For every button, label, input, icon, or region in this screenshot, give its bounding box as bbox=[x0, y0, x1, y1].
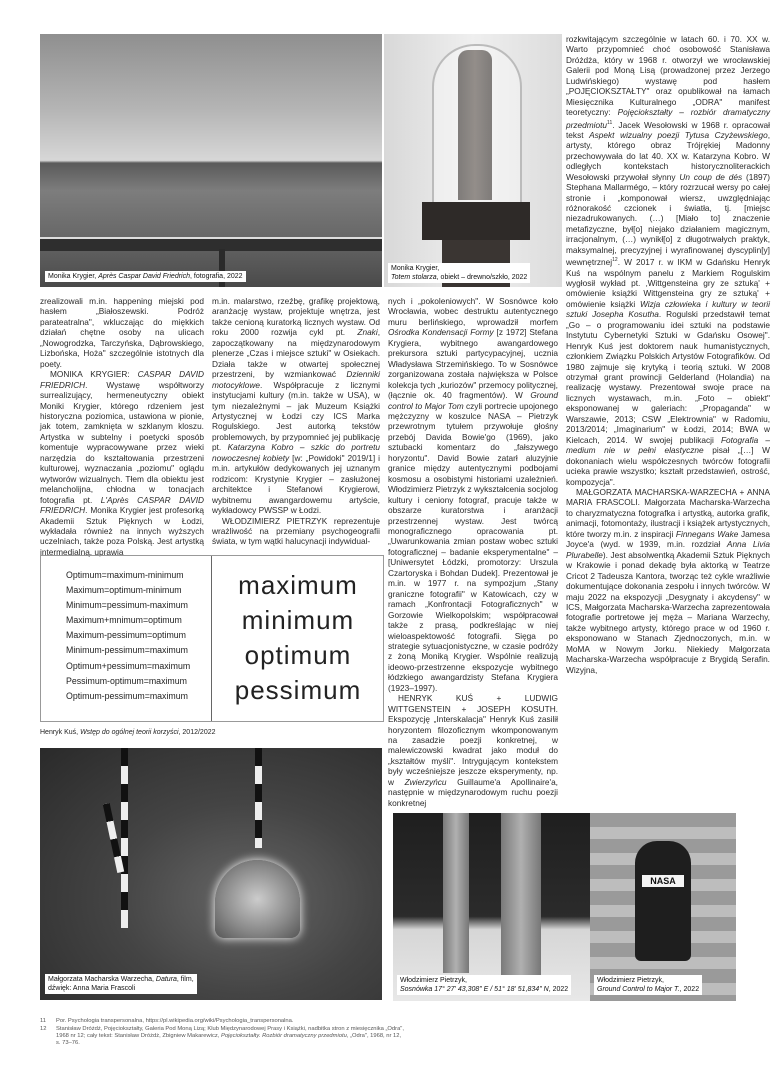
railing bbox=[40, 237, 382, 251]
equation: Minimum-pessimum=maximum bbox=[66, 643, 190, 658]
paragraph: m.in. malarstwo, rzeźbę, grafikę projekt… bbox=[212, 296, 380, 516]
footnote-number: 11 bbox=[40, 1018, 46, 1025]
paragraph: WŁODZIMIERZ PIETRZYK reprezentuje wrażli… bbox=[212, 516, 380, 547]
equation: Maximum-pessimum=optimum bbox=[66, 628, 190, 643]
photo-caption: Włodzimierz Pietrzyk,Sosnówka 17° 27' 43… bbox=[397, 975, 571, 995]
word: optimum bbox=[213, 638, 383, 673]
box-caption: Henryk Kuś, Wstęp do ogólnej teorii korz… bbox=[40, 729, 216, 736]
equations-panel: Optimum=maximum-minimum Maximum=optimum-… bbox=[41, 556, 212, 721]
caption-title: Totem stolarza bbox=[391, 274, 437, 281]
equation: Minimum=pessimum-maximum bbox=[66, 598, 190, 613]
photo-caption: Monika Krygier,Totem stolarza, obiekt – … bbox=[388, 263, 530, 283]
photo-apres-caspar-david-friedrich: Monika Krygier, Après Caspar David Fried… bbox=[40, 34, 382, 287]
caption-title: Après Caspar David Friedrich bbox=[98, 273, 190, 280]
paragraph: HENRYK KUŚ + LUDWIG WITTGENSTEIN + JOSEP… bbox=[388, 693, 558, 808]
footnote-number: 12 bbox=[40, 1026, 46, 1033]
concrete-poetry-box: Optimum=maximum-minimum Maximum=optimum-… bbox=[40, 555, 384, 722]
equation: Maximum+mnimum=optimum bbox=[66, 613, 190, 628]
words-panel: maximum minimum optimum pessimum bbox=[213, 568, 383, 708]
text-column-2: m.in. malarstwo, rzeźbę, grafikę projekt… bbox=[212, 296, 380, 547]
word: pessimum bbox=[213, 673, 383, 708]
text-column-4: rozkwitającym szczególnie w latach 60. i… bbox=[566, 34, 770, 806]
pedestal-base bbox=[422, 202, 530, 240]
caption-author: Monika Krygier, bbox=[48, 273, 98, 280]
photo-datura: Małgorzata Macharska Warzecha, Datura, f… bbox=[40, 748, 382, 1000]
footnote-text: Stanisław Dróżdż, Pojęciokształty, Galer… bbox=[56, 1026, 406, 1048]
paragraph: rozkwitającym szczególnie w latach 60. i… bbox=[566, 34, 770, 487]
photo-ground-control: NASA Włodzimierz Pietrzyk,Ground Control… bbox=[590, 813, 736, 1001]
equation: Optimum+pessimum=maximum bbox=[66, 659, 190, 674]
text-column-1: zrealizowali m.in. happening miejski pod… bbox=[40, 296, 204, 557]
word: maximum bbox=[213, 568, 383, 603]
equation: Optimum=maximum-minimum bbox=[66, 568, 190, 583]
photo-totem-stolarza: Monika Krygier,Totem stolarza, obiekt – … bbox=[384, 34, 562, 287]
footnote-text: Por. Psychologia transpersonalna, https:… bbox=[56, 1018, 406, 1025]
paragraph: MAŁGORZATA MACHARSKA-WARZECHA + ANNA MAR… bbox=[566, 487, 770, 675]
text-column-3: nych i „pokoleniowych". W Sosnówce koło … bbox=[388, 296, 558, 808]
paragraph: nych i „pokoleniowych". W Sosnówce koło … bbox=[388, 296, 558, 693]
equations-list: Optimum=maximum-minimum Maximum=optimum-… bbox=[66, 568, 190, 704]
section-heading: MONIKA KRYGIER: bbox=[50, 369, 138, 379]
nasa-logo: NASA bbox=[642, 875, 684, 887]
word: minimum bbox=[213, 603, 383, 638]
wooden-post bbox=[501, 813, 541, 991]
wooden-post bbox=[443, 813, 469, 973]
striped-pole bbox=[255, 748, 262, 848]
caption-details: , fotografia, 2022 bbox=[190, 273, 243, 280]
photo-sosnowka: Włodzimierz Pietrzyk,Sosnówka 17° 27' 43… bbox=[393, 813, 590, 1001]
equation: Maximum=optimum-minimum bbox=[66, 583, 190, 598]
paragraph: zrealizowali m.in. happening miejski pod… bbox=[40, 296, 204, 369]
glowing-figure bbox=[215, 860, 300, 938]
glass-dome bbox=[432, 44, 522, 208]
equation: Pessimum-optimum=maximum bbox=[66, 674, 190, 689]
seated-man bbox=[635, 841, 691, 961]
photo-caption: Monika Krygier, Après Caspar David Fried… bbox=[45, 271, 246, 282]
photo-caption: Małgorzata Macharska Warzecha, Datura, f… bbox=[45, 974, 197, 994]
paragraph: MONIKA KRYGIER: CASPAR DAVID FRIEDRICH. … bbox=[40, 369, 204, 557]
caption-author: Monika Krygier, bbox=[391, 265, 439, 272]
photo-caption: Włodzimierz Pietrzyk,Ground Control to M… bbox=[594, 975, 702, 995]
caption-details: , obiekt – drewno/szkło, 2022 bbox=[437, 274, 528, 281]
striped-pole bbox=[121, 748, 128, 928]
equation: Optimum-pessimum=maximum bbox=[66, 689, 190, 704]
